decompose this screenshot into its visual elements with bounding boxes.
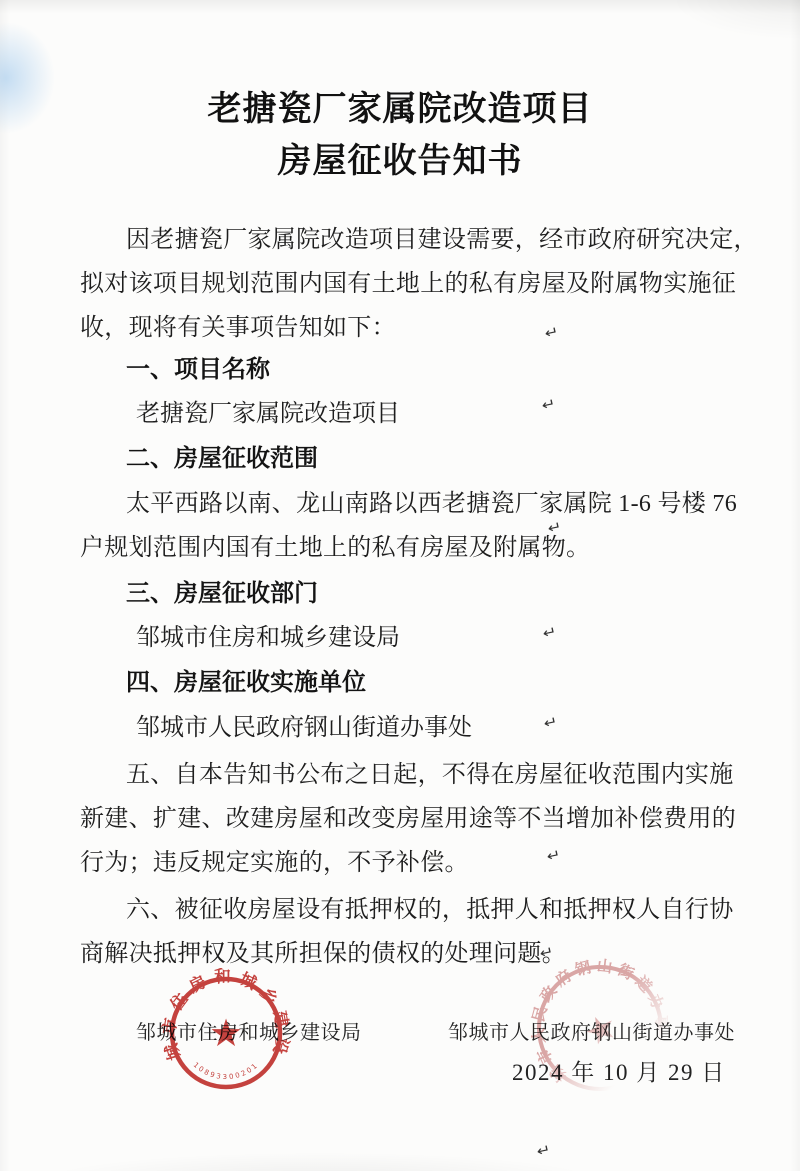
notice-document-page: 老搪瓷厂家属院改造项目 房屋征收告知书 因老搪瓷厂家属院改造项目建设需要，经市政… [0,0,800,1171]
section2-paragraph: 太平西路以南、龙山南路以西老搪瓷厂家属院 1-6 号楼 76 户规划范围内国有土… [80,482,742,570]
paragraph-mark-icon: ↵ [544,325,561,342]
document-title-line1: 老搪瓷厂家属院改造项目 [0,84,800,136]
section1-heading: 一、项目名称 [126,348,270,392]
section2-heading: 二、房屋征收范围 [126,437,318,481]
paragraph-mark-icon: ↵ [541,397,558,414]
section5-line-3: 行为；违反规定实施的，不予补偿。 [80,841,742,885]
section4-value: 邹城市人民政府钢山街道办事处 [136,706,472,750]
section5-paragraph: 五、自本告知书公布之日起，不得在房屋征收范围内实施 新建、扩建、改建房屋和改变房… [80,753,742,885]
date-line: 2024 年 10 月 29 日 [512,1053,726,1093]
document-title: 老搪瓷厂家属院改造项目 房屋征收告知书 [0,84,800,188]
section1-value: 老搪瓷厂家属院改造项目 [136,392,400,436]
paragraph-mark-icon: ↵ [536,1143,553,1160]
paragraph-mark-icon: ↵ [546,848,563,865]
left-signature: 邹城市住房和城乡建设局 [136,1013,362,1053]
section6-line-1: 六、被征收房屋设有抵押权的，抵押人和抵押权人自行协 [80,888,742,932]
intro-line-1: 因老搪瓷厂家属院改造项目建设需要，经市政府研究决定， [80,218,742,262]
section2-line-1: 太平西路以南、龙山南路以西老搪瓷厂家属院 1-6 号楼 76 [80,482,742,526]
section4-heading: 四、房屋征收实施单位 [126,661,366,705]
document-title-line2: 房屋征收告知书 [0,136,800,188]
section5-line-1: 五、自本告知书公布之日起，不得在房屋征收范围内实施 [80,753,742,797]
paragraph-mark-icon: ↵ [539,945,556,962]
intro-paragraph: 因老搪瓷厂家属院改造项目建设需要，经市政府研究决定， 拟对该项目规划范围内国有土… [80,218,742,350]
intro-line-2: 拟对该项目规划范围内国有土地上的私有房屋及附属物实施征 [80,262,742,306]
intro-line-3: 收，现将有关事项告知如下： [80,306,742,350]
paragraph-mark-icon: ↵ [542,625,559,642]
paragraph-mark-icon: ↵ [547,520,564,537]
section6-paragraph: 六、被征收房屋设有抵押权的，抵押人和抵押权人自行协 商解决抵押权及其所担保的债权… [80,888,742,976]
paragraph-mark-icon: ↵ [543,715,560,732]
section5-line-2: 新建、扩建、改建房屋和改变房屋用途等不当增加补偿费用的 [80,797,742,841]
section2-line-2: 户规划范围内国有土地上的私有房屋及附属物。 [80,526,742,570]
section3-value: 邹城市住房和城乡建设局 [136,616,400,660]
section3-heading: 三、房屋征收部门 [126,572,318,616]
right-signature: 邹城市人民政府钢山街道办事处 [448,1013,735,1053]
section6-line-2: 商解决抵押权及其所担保的债权的处理问题。 [80,932,742,976]
